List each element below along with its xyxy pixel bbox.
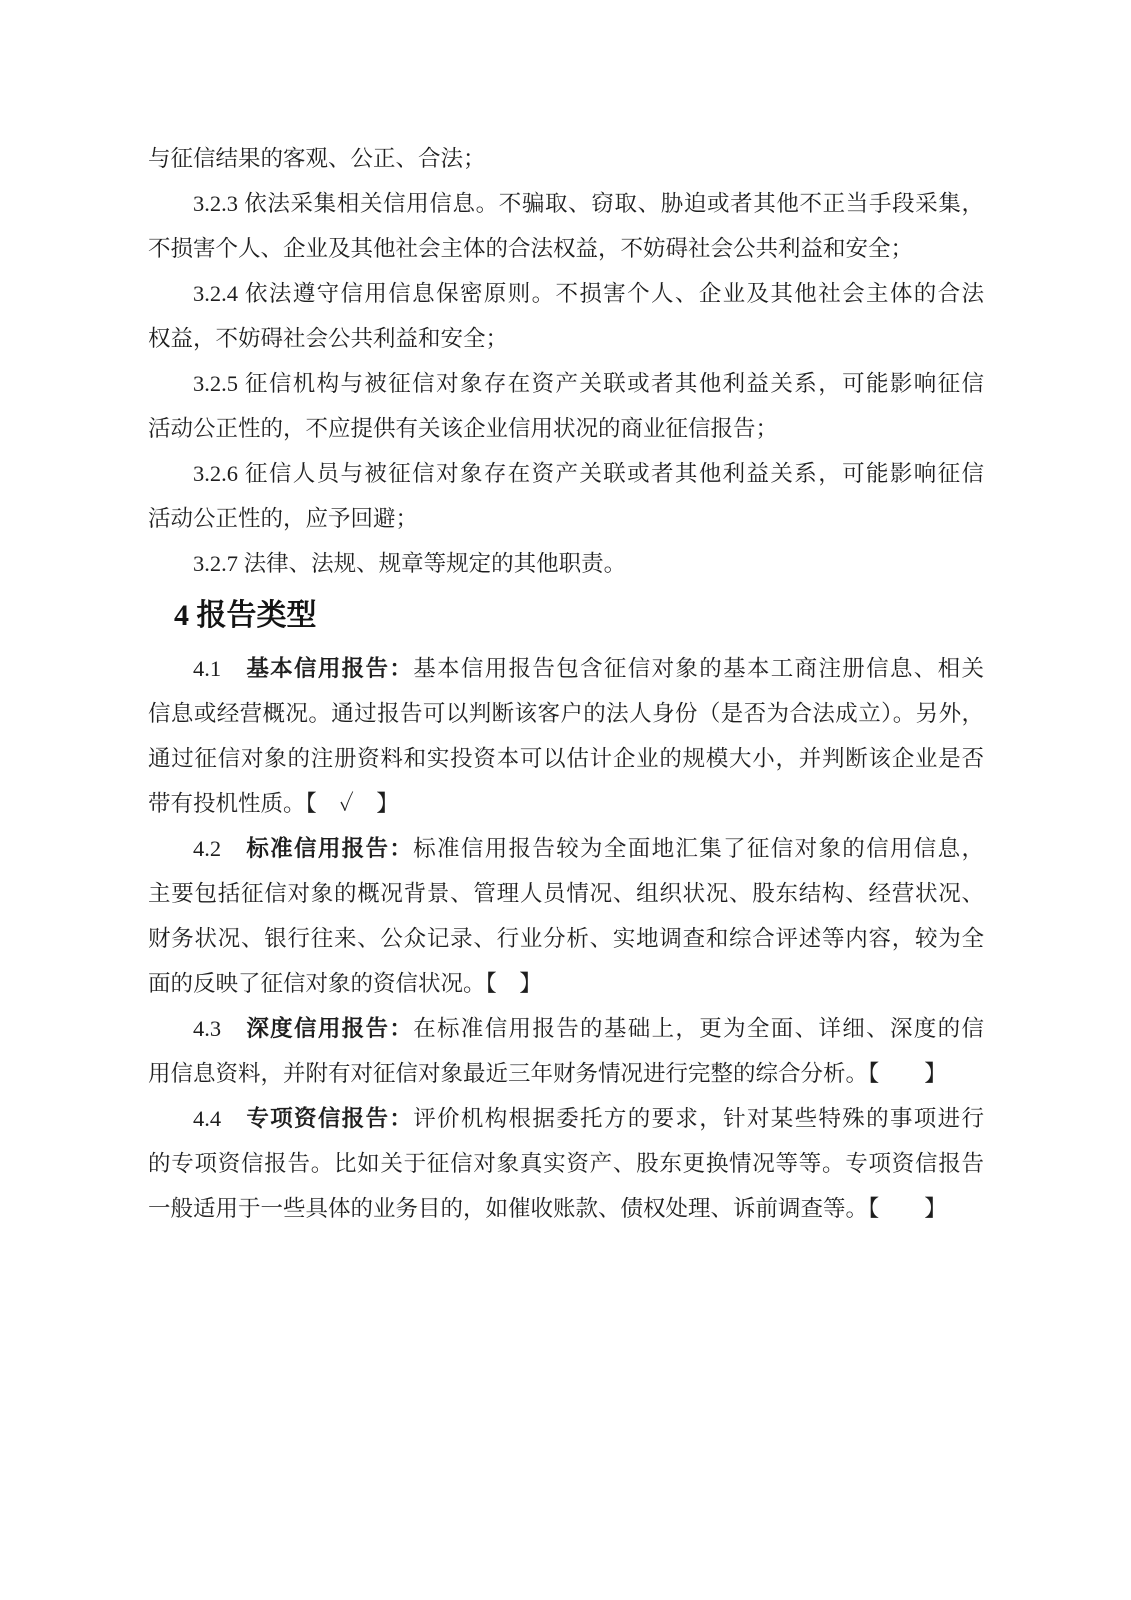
body-text: 权益，不妨碍社会公共利益和安全； [148, 326, 508, 351]
report-type-label: 标准信用报告： [246, 836, 413, 861]
body-text: 4.1 [193, 656, 246, 681]
document-line: 4.4 专项资信报告：评价机构根据委托方的要求，针对某些特殊的事项进行 [148, 1096, 984, 1141]
document-line: 用信息资料，并附有对征信对象最近三年财务情况进行完整的综合分析。【 】 [148, 1051, 984, 1096]
document-line: 信息或经营概况。通过报告可以判断该客户的法人身份（是否为合法成立）。另外， [148, 691, 984, 736]
body-text: 活动公正性的，不应提供有关该企业信用状况的商业征信报告； [148, 416, 778, 441]
body-text: 的专项资信报告。比如关于征信对象真实资产、股东更换情况等等。专项资信报告 [148, 1151, 984, 1176]
body-text: 不损害个人、企业及其他社会主体的合法权益，不妨碍社会公共利益和安全； [148, 236, 913, 261]
body-text: 带有投机性质。【 ✓ 】 [148, 791, 399, 816]
document-line: 面的反映了征信对象的资信状况。【 】 [148, 961, 984, 1006]
body-text: 3.2.6 征信人员与被征信对象存在资产关联或者其他利益关系，可能影响征信 [193, 461, 984, 486]
body-text: 财务状况、银行往来、公众记录、行业分析、实地调查和综合评述等内容，较为全 [148, 926, 984, 951]
body-text: 主要包括征信对象的概况背景、管理人员情况、组织状况、股东结构、经营状况、 [148, 881, 984, 906]
document-page: 与征信结果的客观、公正、合法；3.2.3 依法采集相关信用信息。不骗取、窃取、胁… [0, 0, 1131, 1600]
document-line: 与征信结果的客观、公正、合法； [148, 136, 984, 181]
report-type-label: 基本信用报告： [246, 656, 413, 681]
document-line: 活动公正性的，应予回避； [148, 496, 984, 541]
document-line: 一般适用于一些具体的业务目的，如催收账款、债权处理、诉前调查等。【 】 [148, 1186, 984, 1231]
document-line: 活动公正性的，不应提供有关该企业信用状况的商业征信报告； [148, 406, 984, 451]
document-line: 3.2.7 法律、法规、规章等规定的其他职责。 [148, 541, 984, 586]
document-line: 权益，不妨碍社会公共利益和安全； [148, 316, 984, 361]
body-text: 3.2.5 征信机构与被征信对象存在资产关联或者其他利益关系，可能影响征信 [193, 371, 984, 396]
body-text: 4.2 [193, 836, 246, 861]
body-text: 标准信用报告较为全面地汇集了征信对象的信用信息， [413, 836, 984, 861]
document-content: 与征信结果的客观、公正、合法；3.2.3 依法采集相关信用信息。不骗取、窃取、胁… [148, 136, 984, 1231]
body-text: 用信息资料，并附有对征信对象最近三年财务情况进行完整的综合分析。【 】 [148, 1061, 947, 1086]
document-line: 3.2.5 征信机构与被征信对象存在资产关联或者其他利益关系，可能影响征信 [148, 361, 984, 406]
document-line: 财务状况、银行往来、公众记录、行业分析、实地调查和综合评述等内容，较为全 [148, 916, 984, 961]
document-line: 4.3 深度信用报告：在标准信用报告的基础上，更为全面、详细、深度的信 [148, 1006, 984, 1051]
body-text: 信息或经营概况。通过报告可以判断该客户的法人身份（是否为合法成立）。另外， [148, 701, 984, 726]
document-line: 3.2.4 依法遵守信用信息保密原则。不损害个人、企业及其他社会主体的合法 [148, 271, 984, 316]
body-text: 4.3 [193, 1016, 246, 1041]
body-text: 活动公正性的，应予回避； [148, 506, 418, 531]
body-text: 3.2.3 依法采集相关信用信息。不骗取、窃取、胁迫或者其他不正当手段采集， [193, 191, 984, 216]
document-line: 主要包括征信对象的概况背景、管理人员情况、组织状况、股东结构、经营状况、 [148, 871, 984, 916]
body-text: 3.2.4 依法遵守信用信息保密原则。不损害个人、企业及其他社会主体的合法 [193, 281, 984, 306]
body-text: 面的反映了征信对象的资信状况。【 】 [148, 971, 542, 996]
document-line: 4.2 标准信用报告：标准信用报告较为全面地汇集了征信对象的信用信息， [148, 826, 984, 871]
document-line: 3.2.6 征信人员与被征信对象存在资产关联或者其他利益关系，可能影响征信 [148, 451, 984, 496]
document-line: 不损害个人、企业及其他社会主体的合法权益，不妨碍社会公共利益和安全； [148, 226, 984, 271]
document-line: 4.1 基本信用报告：基本信用报告包含征信对象的基本工商注册信息、相关 [148, 646, 984, 691]
document-line: 带有投机性质。【 ✓ 】 [148, 781, 984, 826]
body-text: 评价机构根据委托方的要求，针对某些特殊的事项进行 [413, 1106, 984, 1131]
body-text: 与征信结果的客观、公正、合法； [148, 146, 486, 171]
section-heading: 4 报告类型 [148, 593, 984, 638]
body-text: 3.2.7 法律、法规、规章等规定的其他职责。 [193, 551, 626, 576]
body-text: 在标准信用报告的基础上，更为全面、详细、深度的信 [413, 1016, 984, 1041]
document-line: 通过征信对象的注册资料和实投资本可以估计企业的规模大小，并判断该企业是否 [148, 736, 984, 781]
body-text: 基本信用报告包含征信对象的基本工商注册信息、相关 [413, 656, 984, 681]
body-text: 一般适用于一些具体的业务目的，如催收账款、债权处理、诉前调查等。【 】 [148, 1196, 947, 1221]
report-type-label: 专项资信报告： [246, 1106, 413, 1131]
document-line: 3.2.3 依法采集相关信用信息。不骗取、窃取、胁迫或者其他不正当手段采集， [148, 181, 984, 226]
body-text: 4.4 [193, 1106, 246, 1131]
report-type-label: 深度信用报告： [246, 1016, 413, 1041]
body-text: 通过征信对象的注册资料和实投资本可以估计企业的规模大小，并判断该企业是否 [148, 746, 984, 771]
document-line: 的专项资信报告。比如关于征信对象真实资产、股东更换情况等等。专项资信报告 [148, 1141, 984, 1186]
